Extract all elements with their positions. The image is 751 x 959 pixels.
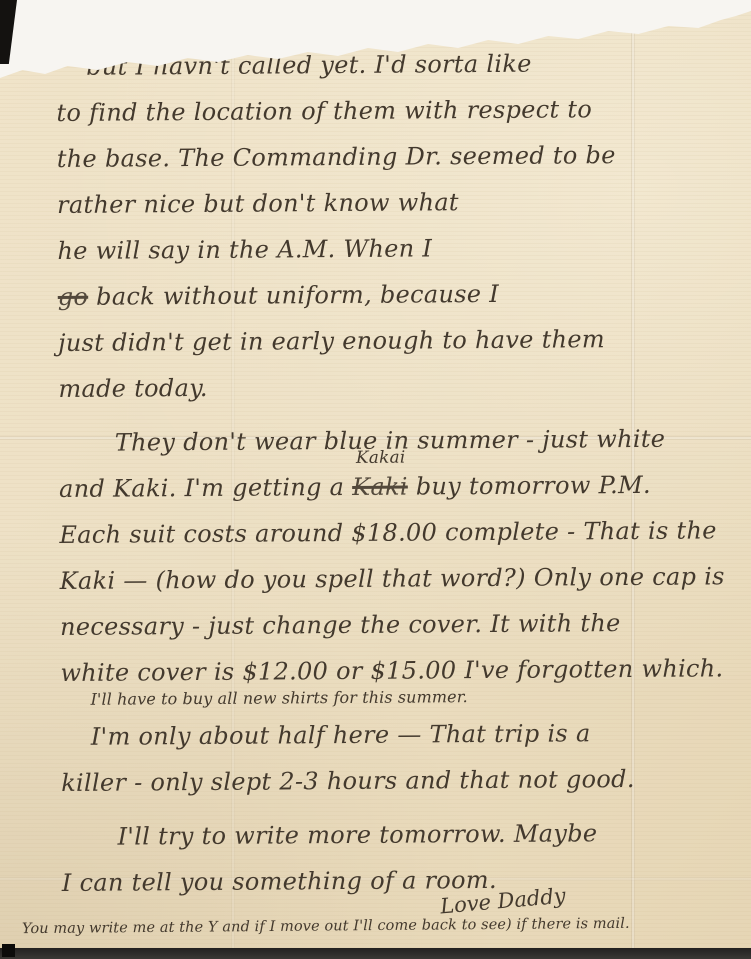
letter-paragraph: but I havn't called yet. I'd sorta liket… (56, 39, 734, 412)
letter-paragraph: I'll try to write more tomorrow. MaybeI … (61, 809, 737, 906)
letter-text-segment: made today. (58, 374, 208, 403)
letter-line: rather nice but don't know what (57, 177, 732, 228)
word-inserted-above: Kakai (356, 448, 406, 465)
letter-paper: but I havn't called yet. I'd sorta liket… (0, 0, 751, 948)
letter-line: necessary - just change the cover. It wi… (60, 599, 735, 650)
letter-line: and Kaki. I'm getting a KakiKakai buy to… (59, 461, 734, 512)
letter-text-segment: to find the location of them with respec… (56, 95, 592, 127)
letter-line: made today. (58, 361, 733, 412)
letter-text-segment: killer - only slept 2-3 hours and that n… (61, 765, 635, 797)
letter-text-segment: buy tomorrow P.M. (408, 471, 651, 501)
letter-text-segment: white cover is $12.00 or $15.00 I've for… (60, 654, 723, 687)
letter-paragraph: They don't wear blue in summer - just wh… (59, 415, 736, 710)
letter-line: Kaki — (how do you spell that word?) Onl… (60, 553, 735, 604)
letter-line: I'll try to write more tomorrow. Maybe (61, 809, 736, 860)
word-struck: Kaki (352, 473, 408, 501)
letter-text-segment: I'll try to write more tomorrow. Maybe (117, 819, 597, 850)
letter-text-segment: I can tell you something of a room. (62, 866, 497, 897)
scan-corner-artifact-bottom (2, 944, 15, 957)
scan-corner-artifact-top (0, 0, 17, 64)
letter-body: but I havn't called yet. I'd sorta liket… (56, 39, 737, 914)
scanned-letter-page: but I havn't called yet. I'd sorta liket… (0, 0, 751, 959)
letter-line: I'm only about half here — That trip is … (61, 709, 736, 760)
letter-text-segment: but I havn't called yet. I'd sorta like (86, 50, 532, 81)
letter-line: but I havn't called yet. I'd sorta like (56, 39, 731, 90)
word-struck: go (58, 283, 89, 311)
letter-line: go back without uniform, because I (58, 269, 733, 320)
letter-line: to find the location of them with respec… (56, 85, 731, 136)
letter-text-segment: Kaki — (how do you spell that word?) Onl… (60, 562, 725, 595)
letter-text-segment: rather nice but don't know what (57, 188, 459, 219)
footer-note: You may write me at the Y and if I move … (22, 915, 743, 937)
letter-line: he will say in the A.M. When I (57, 223, 732, 274)
letter-text-segment: necessary - just change the cover. It wi… (60, 609, 621, 641)
letter-paragraph: I'm only about half here — That trip is … (61, 709, 737, 806)
letter-text-segment: I'll have to buy all new shirts for this… (91, 687, 468, 709)
letter-line: the base. The Commanding Dr. seemed to b… (57, 131, 732, 182)
letter-text-segment: the base. The Commanding Dr. seemed to b… (57, 141, 616, 173)
letter-text-segment: and Kaki. I'm getting a (59, 473, 352, 503)
struck-word-group: KakiKakai (352, 464, 408, 510)
letter-line: just didn't get in early enough to have … (58, 315, 733, 366)
letter-text-segment: Each suit costs around $18.00 complete -… (59, 516, 716, 549)
letter-text-segment: just didn't get in early enough to have … (58, 325, 605, 357)
letter-text-segment: back without uniform, because I (88, 280, 499, 311)
letter-text-segment: he will say in the A.M. When I (57, 234, 432, 265)
letter-text-segment: I'm only about half here — That trip is … (91, 719, 591, 750)
letter-line: I can tell you something of a room. (62, 855, 737, 906)
struck-word-group: go (58, 274, 89, 320)
letter-line: Each suit costs around $18.00 complete -… (59, 507, 734, 558)
letter-line: killer - only slept 2-3 hours and that n… (61, 755, 736, 806)
scanner-edge-shadow (0, 948, 751, 959)
